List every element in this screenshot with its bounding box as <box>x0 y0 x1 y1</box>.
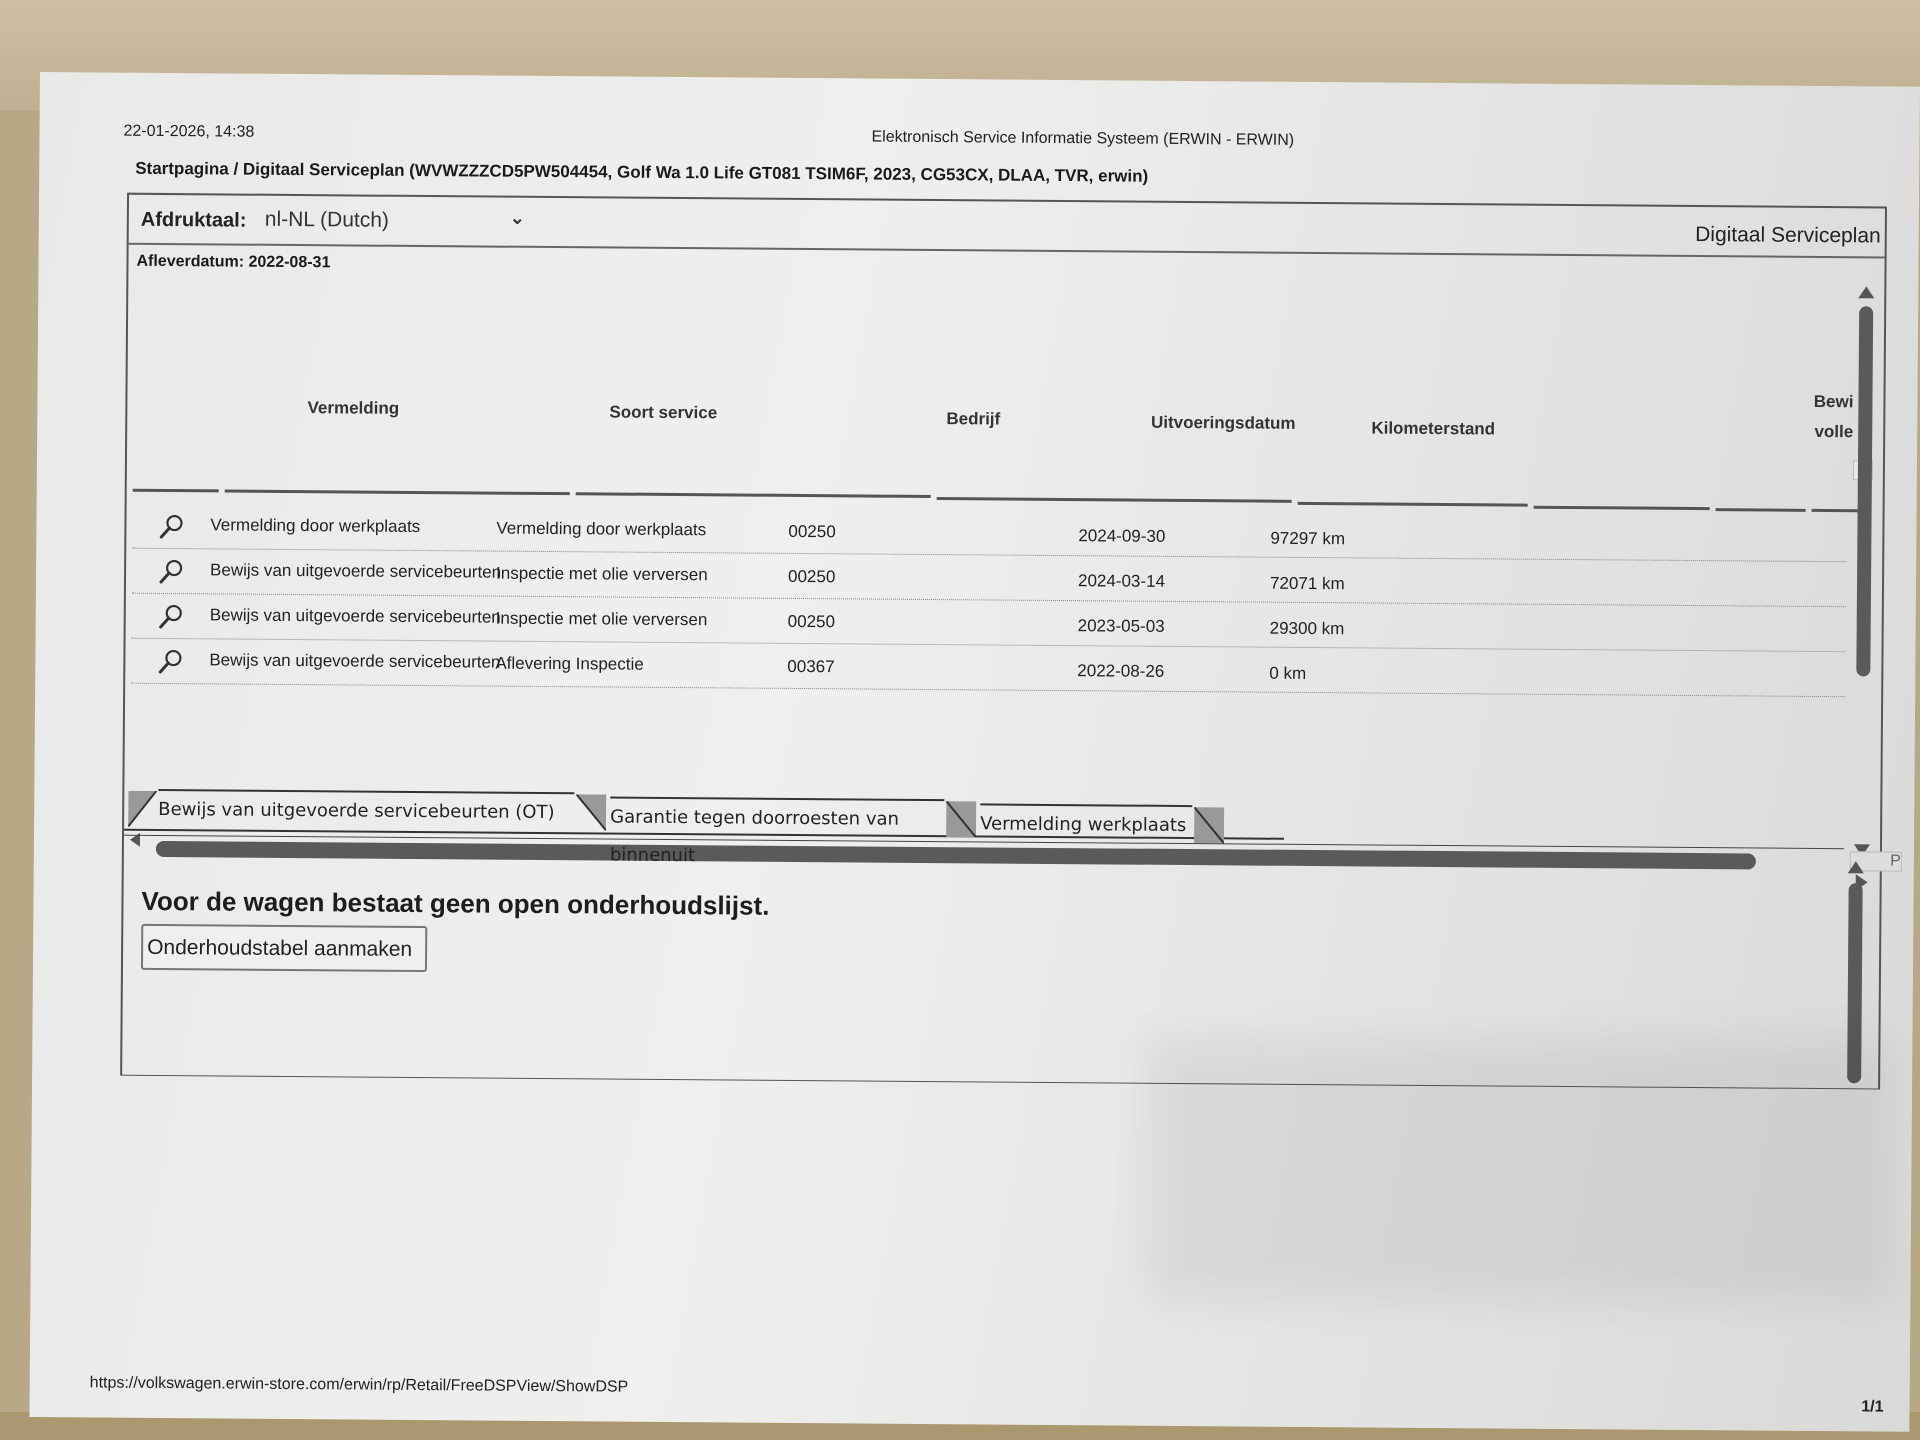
cell-mileage: 72071 km <box>1270 573 1345 594</box>
magnifier-icon[interactable] <box>158 603 184 629</box>
column-header-execution-date[interactable]: Uitvoeringsdatum <box>1123 413 1323 435</box>
cell-entry: Bewijs van uitgevoerde servicebeurten <box>210 605 501 627</box>
column-header-entry[interactable]: Vermelding <box>273 398 433 419</box>
cell-entry: Bewijs van uitgevoerde servicebeurten <box>209 650 500 672</box>
cell-company: 00367 <box>787 657 834 677</box>
cell-company: 00250 <box>788 522 835 542</box>
cell-date: 2022-08-26 <box>1077 661 1164 682</box>
vertical-scrollbar-thumb[interactable] <box>1856 306 1873 676</box>
tab-corner-icon <box>946 801 976 837</box>
cell-date: 2024-09-30 <box>1078 526 1165 547</box>
cell-service-type: Inspectie met olie verversen <box>496 564 708 586</box>
column-header-complete: volle <box>1783 422 1853 443</box>
tab-corner-icon <box>576 794 606 830</box>
column-header-proof[interactable]: Bewi <box>1783 392 1853 413</box>
delivery-date: Afleverdatum: 2022-08-31 <box>136 253 330 273</box>
language-bar: Afdruktaal: nl-NL (Dutch) ⌄ Digitaal Ser… <box>129 195 1885 259</box>
cell-mileage: 0 km <box>1269 663 1306 683</box>
print-language-value: nl-NL (Dutch) <box>265 208 389 232</box>
cell-mileage: 29300 km <box>1270 618 1345 639</box>
create-maintenance-table-button[interactable]: Onderhoudstabel aanmaken <box>141 924 427 972</box>
cell-mileage: 97297 km <box>1270 528 1345 549</box>
cell-entry: Bewijs van uitgevoerde servicebeurten <box>210 560 501 582</box>
cell-service-type: Aflevering Inspectie <box>495 654 644 675</box>
maintenance-content: Voor de wagen bestaat geen open onderhou… <box>122 835 1844 1088</box>
service-plan-panel: Afdruktaal: nl-NL (Dutch) ⌄ Digitaal Ser… <box>120 193 1887 1090</box>
cell-date: 2023-05-03 <box>1078 616 1165 637</box>
cell-service-type: Vermelding door werkplaats <box>496 519 706 541</box>
tab-corner-icon <box>1194 807 1224 843</box>
column-header-service-type[interactable]: Soort service <box>563 402 763 424</box>
chevron-down-icon: ⌄ <box>510 208 525 229</box>
no-maintenance-message: Voor de wagen bestaat geen open onderhou… <box>141 886 769 922</box>
scroll-up-arrow-icon[interactable] <box>1858 286 1874 298</box>
magnifier-icon[interactable] <box>157 648 183 674</box>
column-header-mileage[interactable]: Kilometerstand <box>1343 418 1523 439</box>
content-vertical-scrollbar-thumb[interactable] <box>1847 883 1863 1083</box>
magnifier-icon[interactable] <box>158 558 184 584</box>
system-title: Elektronisch Service Informatie Systeem … <box>871 129 1294 150</box>
page-number: 1/1 <box>1861 1398 1883 1416</box>
panel-title: Digitaal Serviceplan <box>1695 223 1881 248</box>
column-header-company[interactable]: Bedrijf <box>893 409 1053 430</box>
print-language-label: Afdruktaal: <box>141 209 247 233</box>
cell-company: 00250 <box>788 612 835 632</box>
tab-service-proof[interactable]: Bewijs van uitgevoerde servicebeurten (O… <box>158 789 574 830</box>
page-url: https://volkswagen.erwin-store.com/erwin… <box>90 1374 629 1396</box>
content-scroll-up-arrow-icon[interactable] <box>1848 861 1864 873</box>
tab-corner-icon <box>128 791 158 827</box>
breadcrumb: Startpagina / Digitaal Serviceplan (WVWZ… <box>135 159 1148 187</box>
magnifier-icon[interactable] <box>158 513 184 539</box>
table-body: Vermelding door werkplaatsVermelding doo… <box>134 273 1848 286</box>
print-language-select[interactable]: nl-NL (Dutch) ⌄ <box>265 208 525 236</box>
cell-entry: Vermelding door werkplaats <box>210 515 420 537</box>
print-datetime: 22-01-2026, 14:38 <box>123 123 254 142</box>
cell-date: 2024-03-14 <box>1078 571 1165 592</box>
tab-rust-warranty[interactable]: Garantie tegen doorroesten van binnenuit <box>610 797 944 838</box>
printed-page: 22-01-2026, 14:38 Elektronisch Service I… <box>29 72 1920 1432</box>
cell-service-type: Inspectie met olie verversen <box>496 609 708 631</box>
cell-company: 00250 <box>788 567 835 587</box>
tab-workshop-note[interactable]: Vermelding werkplaats <box>980 803 1192 843</box>
